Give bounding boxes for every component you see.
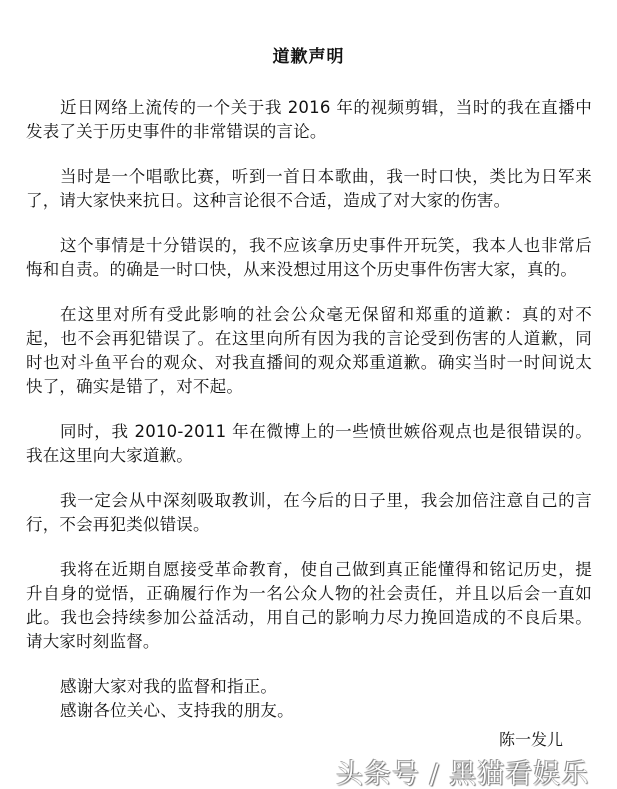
- document-title: 道歉声明: [0, 42, 617, 67]
- paragraph: 同时，我 2010-2011 年在微博上的一些愤世嫉俗观点也是很错误的。我在这里…: [26, 420, 592, 468]
- paragraph: 当时是一个唱歌比赛，听到一首日本歌曲，我一时口快，类比为日军来了，请大家快来抗日…: [26, 165, 592, 213]
- watermark: 头条号 / 黑猫看娱乐: [336, 752, 589, 789]
- thanks-line: 感谢大家对我的监督和指正。: [60, 675, 592, 699]
- document-body: 近日网络上流传的一个关于我 2016 年的视频剪辑，当时的我在直播中发表了关于历…: [26, 96, 592, 723]
- signature: 陈一发儿: [499, 727, 563, 750]
- thanks-block: 感谢大家对我的监督和指正。 感谢各位关心、支持我的朋友。: [26, 675, 592, 723]
- paragraph: 我将在近期自愿接受革命教育，使自己做到真正能懂得和铭记历史，提升自身的觉悟，正确…: [26, 558, 592, 654]
- paragraph: 我一定会从中深刻吸取教训，在今后的日子里，我会加倍注意自己的言行，不会再犯类似错…: [26, 489, 592, 537]
- thanks-line: 感谢各位关心、支持我的朋友。: [60, 699, 592, 723]
- paragraph: 这个事情是十分错误的，我不应该拿历史事件开玩笑，我本人也非常后悔和自责。的确是一…: [26, 234, 592, 282]
- paragraph: 在这里对所有受此影响的社会公众毫无保留和郑重的道歉：真的对不起，也不会再犯错误了…: [26, 303, 592, 399]
- paragraph: 近日网络上流传的一个关于我 2016 年的视频剪辑，当时的我在直播中发表了关于历…: [26, 96, 592, 144]
